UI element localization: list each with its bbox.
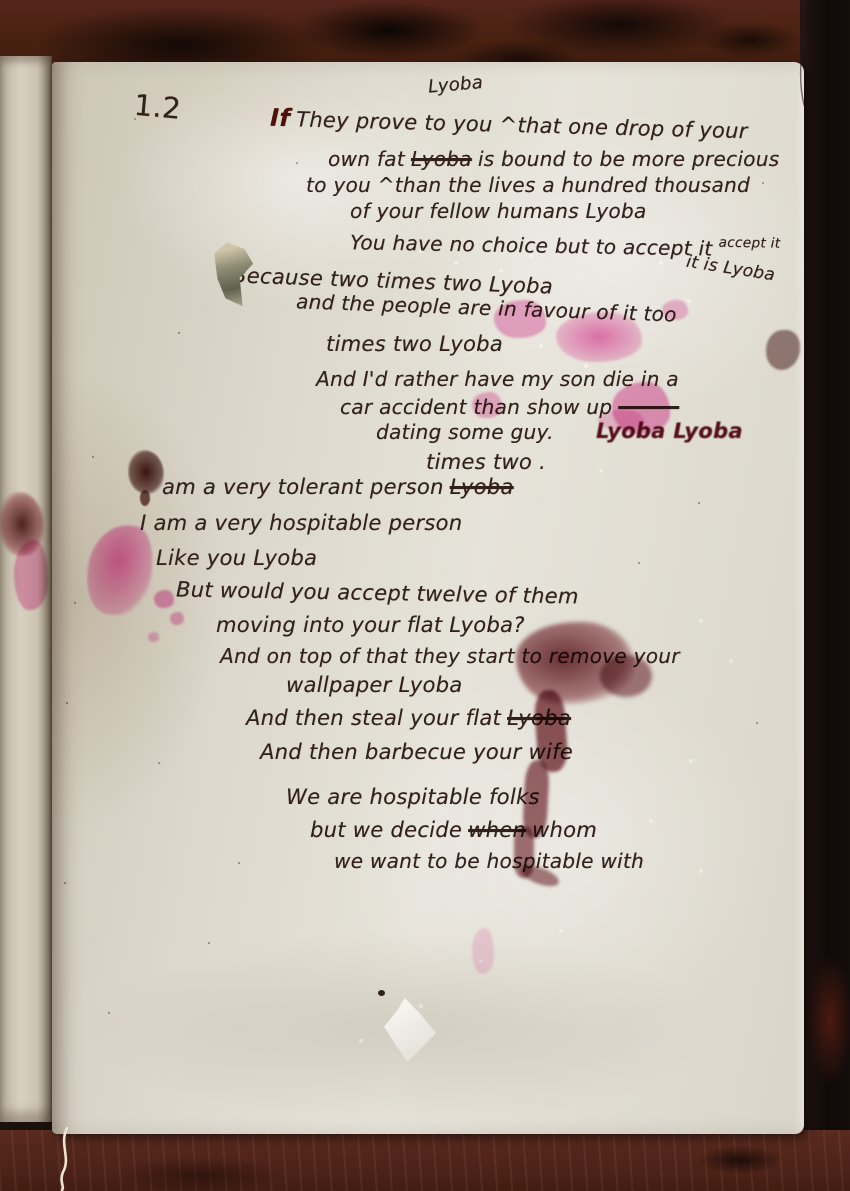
lyric-line: am a very tolerant personLyoba [162, 472, 520, 500]
pink-stain [472, 392, 502, 418]
table-surface-right [800, 0, 850, 1191]
ink-blot [140, 490, 150, 506]
lyric-line: And then steal your flatLyoba [246, 703, 577, 731]
pink-stain [472, 928, 494, 974]
pink-stain [662, 300, 688, 320]
dark-speck [378, 990, 385, 996]
inserted-word: accept it [718, 235, 780, 252]
lyric-line: I am a very hospitable person [140, 508, 468, 536]
notebook-photo: Lyoba 1.2 IfThey prove to you ^that one … [0, 0, 850, 1191]
lyric-line: of your fellow humans Lyoba [350, 198, 652, 224]
lyric-text: moving into your flat Lyoba? [216, 613, 525, 637]
lyric-line: moving into your flat Lyoba? [216, 610, 531, 638]
lyric-line: to you ^than the lives a hundred thousan… [306, 172, 756, 198]
lyric-text: You have no choice but to accept it [350, 230, 713, 260]
lyric-text: times two . [426, 450, 546, 474]
stray-hair [788, 0, 822, 110]
struck-word: Lyoba [450, 475, 514, 499]
lyric-text: dating some guy. [376, 420, 554, 444]
table-surface-bottom [0, 1130, 850, 1191]
lyric-line: And then barbecue your wife [260, 737, 579, 765]
lyric-text: but we decide [310, 818, 462, 842]
pink-stain [14, 540, 48, 610]
lyric-text: times two Lyoba [326, 332, 503, 356]
lyric-line: Like you Lyoba [156, 543, 323, 571]
lyric-text: am a very tolerant person [162, 475, 444, 499]
lyric-text: is bound to be more precious [478, 147, 780, 171]
lyric-line: wallpaper Lyoba [286, 670, 468, 698]
paper-dust-speckles [0, 0, 2, 2]
lyric-line: We are hospitable folks [286, 782, 546, 810]
binding-thread [55, 1126, 85, 1191]
lyric-line: dating some guy. [376, 419, 560, 445]
lyric-text: We are hospitable folks [286, 785, 540, 809]
lyric-text: we want to be hospitable with [334, 849, 644, 873]
lyric-line: times two . [426, 447, 552, 475]
wine-stain-blob [600, 655, 652, 697]
pink-stain-droplet [148, 632, 159, 642]
struck-word: Lyoba [411, 147, 472, 171]
pink-stain [494, 300, 546, 338]
lyric-line: we want to be hospitable with [334, 848, 650, 874]
lyric-line: own fatLyobais bound to be more precious [328, 146, 785, 172]
lyric-text: And then barbecue your wife [260, 740, 573, 764]
red-ink-word: If [270, 104, 291, 133]
lyric-text: of your fellow humans Lyoba [350, 199, 646, 223]
lyric-text: to you ^than the lives a hundred thousan… [306, 173, 750, 197]
lyric-text: And then steal your flat [246, 706, 501, 730]
ink-blot [128, 450, 164, 494]
lyric-text: Like you Lyoba [156, 546, 317, 570]
page-number: 1.2 [133, 88, 189, 126]
lyric-line: but we decidewhenwhom [310, 815, 603, 843]
lyric-text: wallpaper Lyoba [286, 673, 462, 697]
pink-stain-droplet [154, 590, 174, 608]
pink-stain-droplet [170, 612, 184, 625]
lyric-text: own fat [328, 147, 405, 171]
pink-stain [556, 312, 642, 362]
lyric-text: I am a very hospitable person [140, 511, 462, 535]
pink-stain [598, 410, 644, 430]
lyric-line: times two Lyoba [326, 329, 509, 357]
page-number-text: 1.2 [133, 88, 183, 126]
